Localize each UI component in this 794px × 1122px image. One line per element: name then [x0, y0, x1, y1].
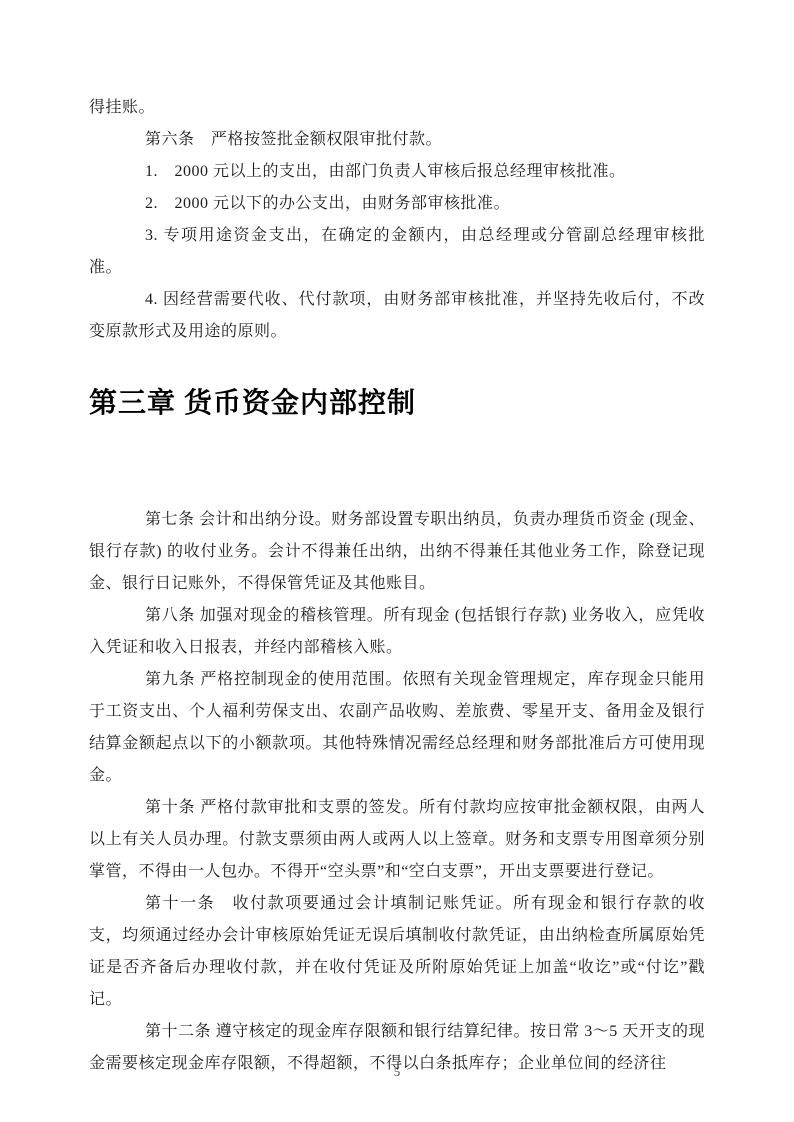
article-10-paragraph: 第十条 严格付款审批和支票的签发。所有付款均应按审批金额权限，由两人以上有关人员… — [89, 792, 705, 888]
article-11-paragraph: 第十一条 收付款项要通过会计填制记账凭证。所有现金和银行存款的收支，均须通过经办… — [89, 888, 705, 1016]
article-8-paragraph: 第八条 加强对现金的稽核管理。所有现金 (包括银行存款) 业务收入，应凭收入凭证… — [89, 600, 705, 664]
chapter-heading: 第三章 货币资金内部控制 — [89, 386, 705, 422]
article-6-item-2: 2. 2000 元以下的办公支出，由财务部审核批准。 — [89, 188, 705, 220]
article-7-paragraph: 第七条 会计和出纳分设。财务部设置专职出纳员，负责办理货币资金 (现金、银行存款… — [89, 504, 705, 600]
article-6-item-4: 4. 因经营需要代收、代付款项，由财务部审核批准，并坚持先收后付，不改变原款形式… — [89, 284, 705, 348]
carryover-paragraph: 得挂账。 — [89, 92, 705, 124]
article-6-item-1: 1. 2000 元以上的支出，由部门负责人审核后报总经理审核批准。 — [89, 156, 705, 188]
article-6-title: 第六条 严格按签批金额权限审批付款。 — [89, 124, 705, 156]
article-6-item-3: 3. 专项用途资金支出，在确定的金额内，由总经理或分管副总经理审核批准。 — [89, 220, 705, 284]
document-page: 得挂账。 第六条 严格按签批金额权限审批付款。 1. 2000 元以上的支出，由… — [0, 0, 794, 1122]
document-content: 得挂账。 第六条 严格按签批金额权限审批付款。 1. 2000 元以上的支出，由… — [89, 92, 705, 1080]
article-9-paragraph: 第九条 严格控制现金的使用范围。依照有关现金管理规定，库存现金只能用于工资支出、… — [89, 664, 705, 792]
page-number: 5 — [0, 1064, 794, 1080]
